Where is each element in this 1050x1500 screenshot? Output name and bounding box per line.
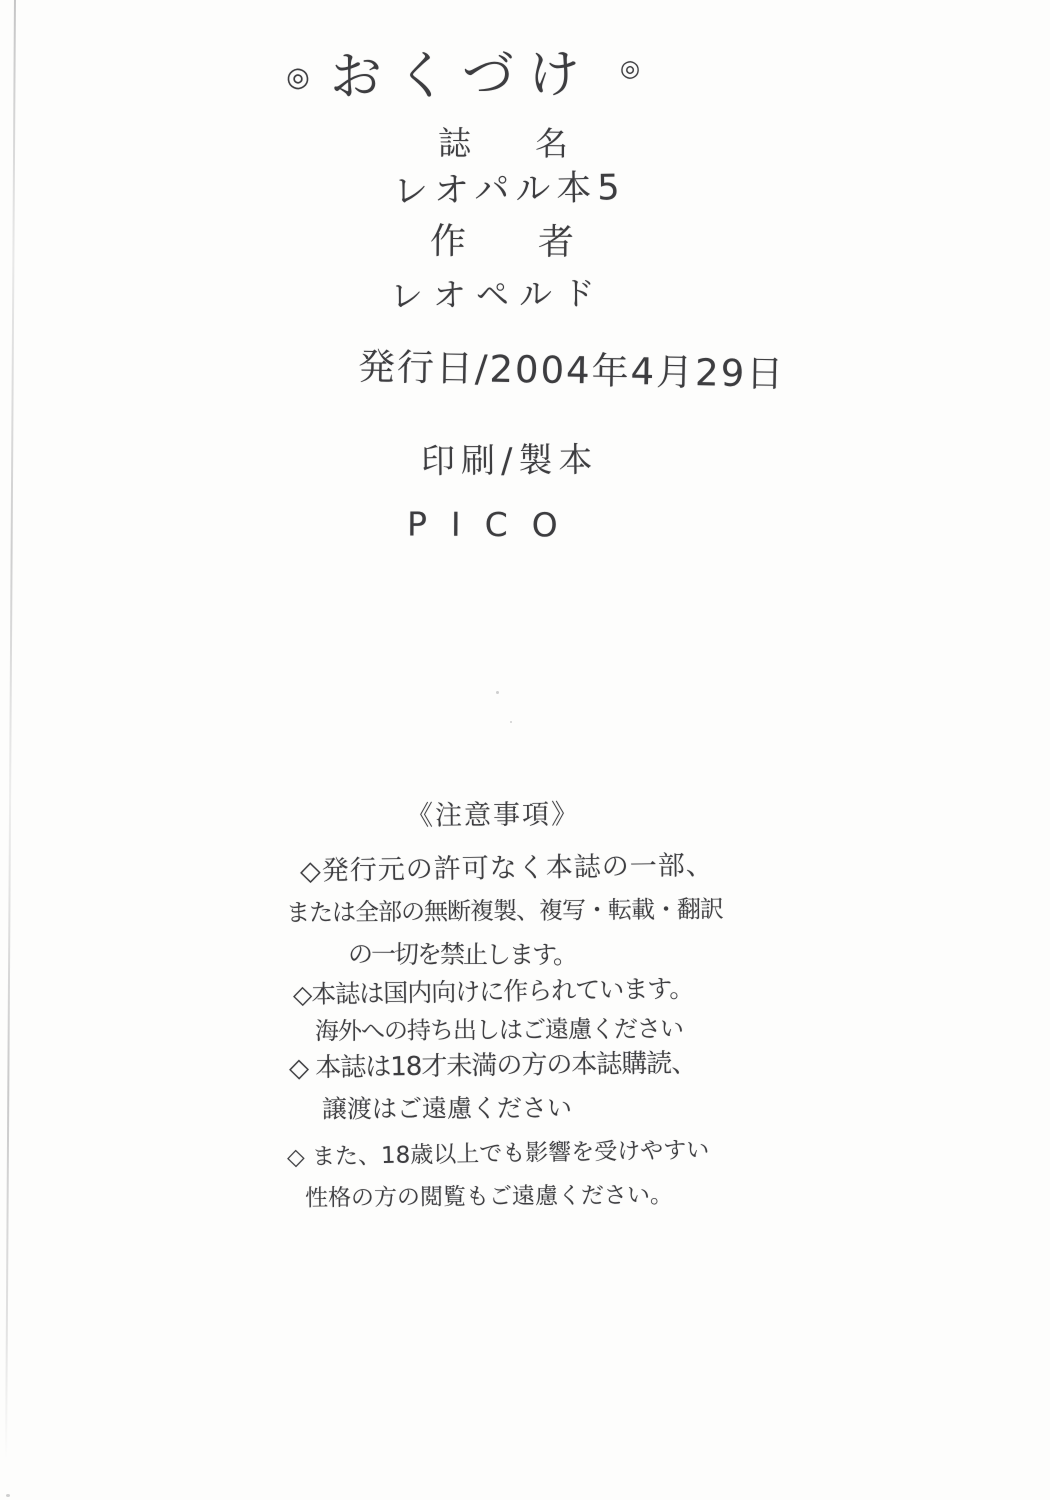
notice-item-3-line-2: 譲渡はご遠慮ください bbox=[322, 1095, 572, 1121]
printing-label: 印刷/製本 bbox=[421, 443, 599, 479]
author-label: 作者 bbox=[430, 224, 646, 262]
page-edge-line bbox=[5, 0, 16, 1459]
scan-speck bbox=[496, 691, 499, 694]
page-title: おくづけ bbox=[330, 49, 595, 104]
notice-item-4-line-1: ◇ また、18歳以上でも影響を受けやすい bbox=[287, 1139, 710, 1169]
scan-speck bbox=[510, 721, 512, 723]
notices-heading: 《注意事項》 bbox=[406, 801, 580, 830]
title-decoration-right-icon: ◎ bbox=[619, 57, 641, 81]
author-value: レオペルド bbox=[390, 277, 605, 313]
printer-name: PICO bbox=[407, 508, 582, 542]
notice-item-4-line-2: 性格の方の閲覧もご遠慮ください。 bbox=[305, 1184, 673, 1210]
publish-date-line: 発行日/2004年4月29日 bbox=[358, 348, 786, 392]
magazine-name-value: レオパル本5 bbox=[393, 171, 626, 210]
notice-item-3-line-1: ◇ 本誌は18才未満の方の本誌購読、 bbox=[289, 1051, 697, 1082]
scanned-page: ◎ おくづけ ◎ 誌名 レオパル本5 作者 レオペルド 発行日/2004年4月2… bbox=[0, 0, 1050, 1500]
notice-item-2-line-1: ◇本誌は国内向けに作られています。 bbox=[293, 976, 694, 1007]
title-decoration-left-icon: ◎ bbox=[285, 63, 311, 92]
magazine-name-label: 誌名 bbox=[438, 126, 632, 160]
notice-item-1-line-2: または全部の無断複製、複写・転載・翻訳 bbox=[286, 897, 723, 925]
notice-item-1-line-3: の一切を禁止します。 bbox=[348, 942, 576, 968]
scan-speck bbox=[6, 1494, 10, 1497]
notice-item-1-line-1: ◇発行元の許可なく本誌の一部、 bbox=[300, 852, 714, 885]
notice-item-2-line-2: 海外への持ち出しはご遠慮ください bbox=[315, 1017, 683, 1044]
